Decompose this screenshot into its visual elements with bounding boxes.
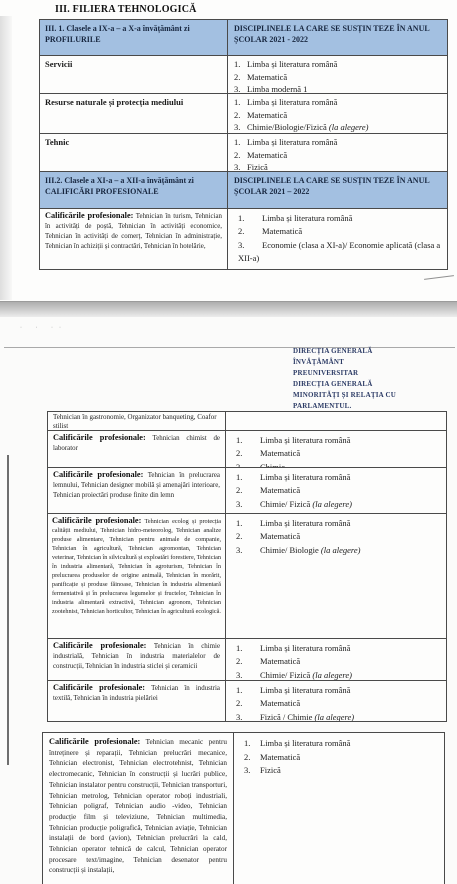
item-text: Matematică — [260, 656, 300, 666]
subject-item: 2.Matematică — [234, 71, 441, 84]
table-row-resurse: Resurse naturale și protecția mediului 1… — [40, 94, 447, 134]
scan-noise-marks: · · ·· — [20, 325, 67, 331]
item-number: 2. — [234, 71, 247, 84]
table-row-tehnic: Tehnic 1.Limba și literatura română 2.Ma… — [40, 134, 447, 172]
item-number: 1. — [236, 434, 260, 447]
subjects-cell: 1.Limba și literatura română 2.Matematic… — [228, 94, 447, 133]
item-italic: (la alegere) — [315, 712, 355, 721]
table-row-chimist: Calificările profesionale: Tehnician chi… — [48, 431, 446, 468]
item-text: Chimie/ Fizică — [260, 499, 312, 509]
item-text: Limba și literatura română — [260, 472, 350, 482]
letterhead-line: MINORITĂȚI ȘI RELAȚIA CU — [293, 390, 455, 401]
item-number: 3. — [234, 161, 247, 171]
qualifications-label: Calificările profesionale: — [53, 683, 145, 692]
table-row-mecanic: Calificările profesionale: Tehnician mec… — [43, 733, 444, 884]
subject-item: 3.Chimie/ Fizică (la alegere) — [236, 498, 440, 511]
subject-item: 3.Limba modernă 1 — [234, 83, 441, 93]
item-text: Limba și literatura română — [260, 643, 350, 653]
subject-item: 3.Economie (clasa a XI-a)/ Economie apli… — [238, 239, 441, 266]
section-title: III. FILIERA TEHNOLOGICĂ — [55, 4, 197, 15]
letterhead-line: DIRECȚIA GENERALĂ — [293, 346, 455, 357]
item-number: 1. — [234, 96, 247, 109]
item-number: 1. — [234, 136, 247, 149]
item-text: Matematică — [260, 752, 300, 762]
qualifications-label: Calificările profesionale: — [53, 641, 146, 650]
item-number: 2. — [236, 484, 260, 497]
item-text: Matematică — [247, 72, 287, 82]
table-tehnic-qualifications: Calificările profesionale: Tehnician mec… — [42, 732, 445, 884]
subject-item: 1.Limba și literatura română — [234, 96, 441, 109]
qualifications-cell: Calificările profesionale: Tehnician chi… — [48, 431, 226, 467]
header-classes-line: III.2. Clasele a XI-a – a XII-a învățămâ… — [45, 175, 222, 186]
item-number: 1. — [234, 58, 247, 71]
item-number: 3. — [238, 239, 262, 252]
subject-item: 3.Chimie/Biologie/Fizică (la alegere) — [234, 121, 441, 133]
scanned-document: III. FILIERA TEHNOLOGICĂ III. 1. Clasele… — [0, 0, 457, 884]
header-classes-cell: III. 1. Clasele a IX-a – a X-a învățămân… — [40, 20, 228, 55]
item-text: Matematică — [260, 485, 300, 495]
subject-item: 3.Fizică / Chimie (la alegere) — [236, 711, 440, 721]
item-text: Matematică — [262, 226, 302, 236]
item-text: Fizică / Chimie — [260, 712, 315, 721]
subject-item: 2.Matematică — [234, 109, 441, 122]
item-text: Limba și literatura română — [247, 137, 337, 147]
subjects-cell: 1.Limba și literatura română 2.Matematic… — [226, 681, 446, 721]
subject-item: 3.Chimie/ Fizică (la alegere) — [236, 669, 440, 680]
qualifications-cell: Tehnician în gastronomie, Organizator ba… — [48, 412, 226, 430]
subjects-cell: 1.Limba și literatura română 2.Matematic… — [228, 134, 447, 171]
item-text: Matematică — [247, 110, 287, 120]
letterhead-line: PARLAMENTUL. — [293, 401, 455, 412]
table-row-ecolog: Calificările profesionale: Tehnician eco… — [48, 514, 446, 639]
item-number: 3. — [236, 461, 260, 467]
table-row-textila: Calificările profesionale: Tehnician în … — [48, 681, 446, 721]
table-row-chimie-industriala: Calificările profesionale: Tehnician în … — [48, 639, 446, 681]
item-number: 2. — [236, 697, 260, 710]
item-number: 1. — [244, 737, 260, 751]
item-number: 1. — [236, 642, 260, 655]
item-number: 2. — [234, 149, 247, 162]
subject-item: 1.Limba și literatura română — [238, 212, 441, 225]
item-number: 3. — [234, 121, 247, 133]
letterhead-line: DIRECȚIA GENERALĂ — [293, 379, 455, 390]
subject-item: 3.Chimie/ Biologie (la alegere) — [236, 544, 440, 557]
item-number: 2. — [236, 530, 260, 543]
item-text: Limba modernă 1 — [247, 84, 307, 93]
item-number: 2. — [244, 751, 260, 765]
qualifications-cell: Calificările profesionale: Tehnician eco… — [48, 514, 226, 638]
item-text: Limba și literatura română — [262, 213, 352, 223]
subject-item: 1.Limba și literatura română — [236, 684, 440, 697]
item-text: Chimie/ Biologie — [260, 545, 321, 555]
item-number: 2. — [236, 447, 260, 460]
subject-item: 2.Matematică — [236, 447, 440, 460]
item-italic: (la alegere) — [329, 122, 369, 132]
subject-item: 2.Matematică — [236, 530, 440, 543]
subject-item: 1.Limba și literatura română — [236, 517, 440, 530]
item-number: 1. — [236, 684, 260, 697]
item-text: Matematică — [260, 448, 300, 458]
item-number: 2. — [236, 655, 260, 668]
header-classes-line: III. 1. Clasele a IX-a – a X-a învățămân… — [45, 23, 222, 34]
item-text: Matematică — [260, 698, 300, 708]
item-number: 3. — [234, 83, 247, 93]
qualifications-text: Tehnician mecanic pentru întreținere și … — [49, 738, 227, 874]
header-disciplines-cell: DISCIPLINELE LA CARE SE SUSȚIN TEZE ÎN A… — [228, 172, 447, 208]
subject-item: 1.Limba și literatura română — [244, 737, 440, 751]
item-number: 2. — [234, 109, 247, 122]
table-header-row-xi-xii: III.2. Clasele a XI-a – a XII-a învățămâ… — [40, 172, 447, 209]
subject-item: 2.Matematică — [236, 484, 440, 497]
qualifications-label: Calificările profesionale: — [53, 470, 143, 479]
subject-item: 1.Limba și literatura română — [236, 471, 440, 484]
item-text: Fizică — [247, 162, 268, 171]
subject-item: 2.Matematică — [236, 697, 440, 710]
subject-item: 1.Limba și literatura română — [234, 58, 441, 71]
subjects-cell: 1.Limba și literatura română 2.Matematic… — [234, 733, 444, 884]
subjects-cell: 1.Limba și literatura română 2.Matematic… — [226, 431, 446, 467]
profile-cell: Tehnic — [40, 134, 228, 171]
qualifications-cell: Calificările profesionale: Tehnician în … — [48, 681, 226, 721]
item-number: 3. — [236, 498, 260, 511]
subject-item: 3.Fizică — [244, 764, 440, 778]
qualifications-cell: Calificările profesionale: Tehnician în … — [48, 468, 226, 513]
item-number: 3. — [244, 764, 260, 778]
page-curl-line — [424, 275, 454, 280]
qualifications-label: Calificările profesionale: — [53, 433, 146, 442]
subject-item: 2.Matematică — [234, 149, 441, 162]
subject-item: 2.Matematică — [244, 751, 440, 765]
qualifications-label: Calificările profesionale: — [49, 737, 140, 746]
subject-item: 2.Matematică — [236, 655, 440, 668]
item-number: 3. — [236, 711, 260, 721]
item-text: Economie (clasa a XI-a)/ Economie aplica… — [238, 240, 440, 263]
subjects-cell: 1.Limba și literatura română 2.Matematic… — [226, 468, 446, 513]
scan-left-shade — [0, 16, 12, 300]
header-qualifications-line: CALIFICĂRI PROFESIONALE — [45, 186, 222, 197]
table-qualifications-continued: Tehnician în gastronomie, Organizator ba… — [47, 411, 447, 722]
item-text: Limba și literatura română — [260, 435, 350, 445]
header-profiles-line: PROFILURILE — [45, 34, 222, 45]
subjects-cell: 1.Limba și literatura română 2.Matematic… — [228, 56, 447, 93]
item-text: Chimie/Biologie/Fizică — [247, 122, 329, 132]
profile-cell: Resurse naturale și protecția mediului — [40, 94, 228, 133]
letterhead-line: PREUNIVERSITAR — [293, 368, 455, 379]
header-classes-cell: III.2. Clasele a XI-a – a XII-a învățămâ… — [40, 172, 228, 208]
profile-cell: Servicii — [40, 56, 228, 93]
letterhead-line: ÎNVĂȚĂMÂNT — [293, 357, 455, 368]
qualifications-cell: Calificările profesionale: Tehnician mec… — [43, 733, 234, 884]
table-filiera-tehnologica: III. 1. Clasele a IX-a – a X-a învățămân… — [39, 19, 448, 270]
item-text: Matematică — [260, 531, 300, 541]
item-text: Limba și literatura română — [247, 97, 337, 107]
table-row-lemn: Calificările profesionale: Tehnician în … — [48, 468, 446, 514]
item-italic: (la alegere) — [312, 499, 352, 509]
item-italic: (la alegere) — [312, 670, 352, 680]
letterhead-block: DIRECȚIA GENERALĂ ÎNVĂȚĂMÂNT PREUNIVERSI… — [293, 346, 455, 411]
table-row-servicii: Servicii 1.Limba și literatura română 2.… — [40, 56, 447, 94]
qualifications-text: Tehnician ecolog și protecția calității … — [52, 518, 221, 615]
item-number: 3. — [236, 669, 260, 680]
subject-item: 3.Chimie — [236, 461, 440, 467]
subject-item: 1.Limba și literatura română — [236, 642, 440, 655]
item-text: Limba și literatura română — [260, 518, 350, 528]
item-number: 1. — [238, 212, 262, 225]
subject-item: 3.Fizică — [234, 161, 441, 171]
table-header-row-ix-x: III. 1. Clasele a IX-a – a X-a învățămân… — [40, 20, 447, 56]
item-text: Chimie/ Fizică — [260, 670, 312, 680]
subject-item: 1.Limba și literatura română — [234, 136, 441, 149]
subjects-cell: 1.Limba și literatura română 2.Matematic… — [228, 209, 447, 269]
subject-item: 2.Matematică — [238, 225, 441, 238]
item-text: Fizică — [260, 765, 281, 775]
qualifications-text: Tehnician în gastronomie, Organizator ba… — [53, 413, 217, 430]
item-text: Matematică — [247, 150, 287, 160]
subjects-cell: 1.Limba și literatura română 2.Matematic… — [226, 514, 446, 638]
item-number: 3. — [236, 544, 260, 557]
item-text: Chimie — [260, 462, 285, 467]
item-number: 2. — [238, 225, 262, 238]
qualifications-label: Calificările profesionale: — [45, 211, 133, 220]
item-text: Limba și literatura română — [260, 738, 350, 748]
subjects-cell: 1.Limba și literatura română 2.Matematic… — [226, 639, 446, 680]
item-number: 1. — [236, 471, 260, 484]
item-text: Limba și literatura română — [260, 685, 350, 695]
qualifications-cell: Calificările profesionale: Tehnician în … — [40, 209, 228, 269]
header-disciplines-cell: DISCIPLINELE LA CARE SE SUSȚIN TEZE ÎN A… — [228, 20, 447, 55]
table-row-continuation: Tehnician în gastronomie, Organizator ba… — [48, 412, 446, 431]
qualifications-label: Calificările profesionale: — [52, 516, 141, 525]
subject-item: 1.Limba și literatura română — [236, 434, 440, 447]
table-row-qualifications: Calificările profesionale: Tehnician în … — [40, 209, 447, 269]
qualifications-cell: Calificările profesionale: Tehnician în … — [48, 639, 226, 680]
item-number: 1. — [236, 517, 260, 530]
item-italic: (la alegere) — [321, 545, 361, 555]
page-separator-band — [0, 301, 457, 317]
item-text: Limba și literatura română — [247, 59, 337, 69]
subjects-cell-empty — [226, 412, 446, 430]
scan-edge-line — [7, 455, 9, 765]
